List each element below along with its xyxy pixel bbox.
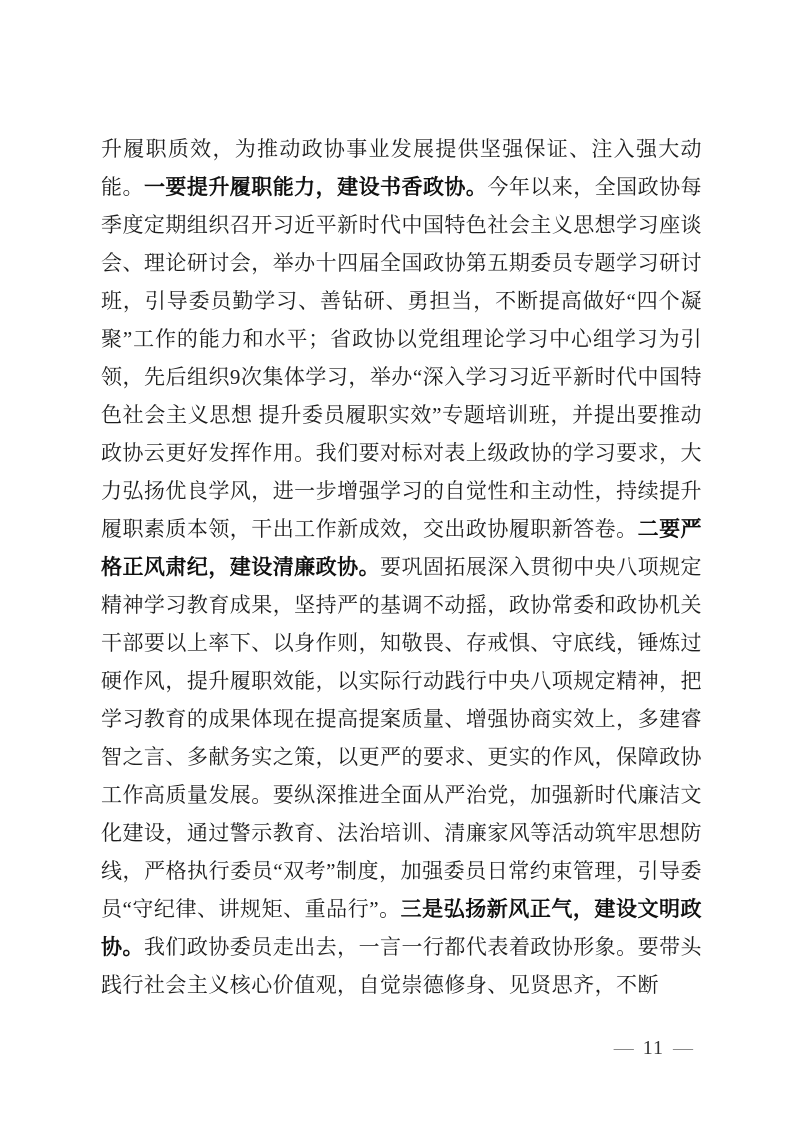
heading-run-1: 一要提升履职能力，建设书香政协。 — [144, 175, 487, 199]
text-run-2: 要巩固拓展深入贯彻中央八项规定精神学习教育成果，坚持严的基调不动摇，政协常委和政… — [101, 555, 702, 921]
text-run-1: 今年以来，全国政协每季度定期组织召开习近平新时代中国特色社会主义思想学习座谈会、… — [101, 175, 702, 541]
page-number: —11— — [614, 1035, 693, 1061]
text-run-3: 我们政协委员走出去，一言一行都代表着政协形象。要带头践行社会主义核心价值观，自觉… — [101, 935, 702, 997]
page-number-value: 11 — [643, 1037, 664, 1059]
page-number-dash-right: — — [673, 1037, 693, 1059]
document-page: 升履职质效，为推动政协事业发展提供坚强保证、注入强大动能。一要提升履职能力，建设… — [0, 0, 793, 1122]
page-number-dash-left: — — [614, 1037, 634, 1059]
document-body: 升履职质效，为推动政协事业发展提供坚强保证、注入强大动能。一要提升履职能力，建设… — [101, 130, 702, 1004]
